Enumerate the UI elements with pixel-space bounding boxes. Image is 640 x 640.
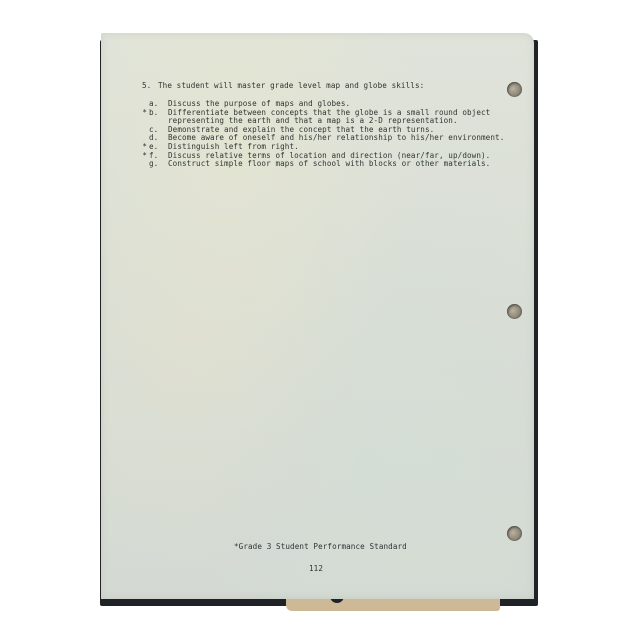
item-letter: b.	[149, 109, 168, 118]
standard-asterisk	[142, 117, 147, 126]
document-page: 5.The student will master grade level ma…	[101, 33, 534, 599]
standard-asterisk: *	[142, 109, 147, 118]
item-text: Construct simple floor maps of school wi…	[168, 160, 490, 169]
standard-asterisk	[142, 160, 147, 169]
photo-stage: 5.The student will master grade level ma…	[0, 0, 640, 640]
objective-heading: 5.The student will master grade level ma…	[142, 82, 424, 91]
item-letter: g.	[149, 160, 168, 169]
footnote: *Grade 3 Student Performance Standard	[234, 543, 407, 552]
standard-asterisk	[142, 126, 147, 135]
page-content: 5.The student will master grade level ma…	[101, 33, 534, 599]
skills-list: a.Discuss the purpose of maps and globes…	[147, 100, 527, 169]
page-number: 112	[309, 565, 323, 574]
list-item: g.Construct simple floor maps of school …	[147, 160, 527, 169]
objective-text: The student will master grade level map …	[158, 81, 424, 90]
standard-asterisk: *	[142, 152, 147, 161]
objective-number: 5.	[142, 82, 158, 91]
